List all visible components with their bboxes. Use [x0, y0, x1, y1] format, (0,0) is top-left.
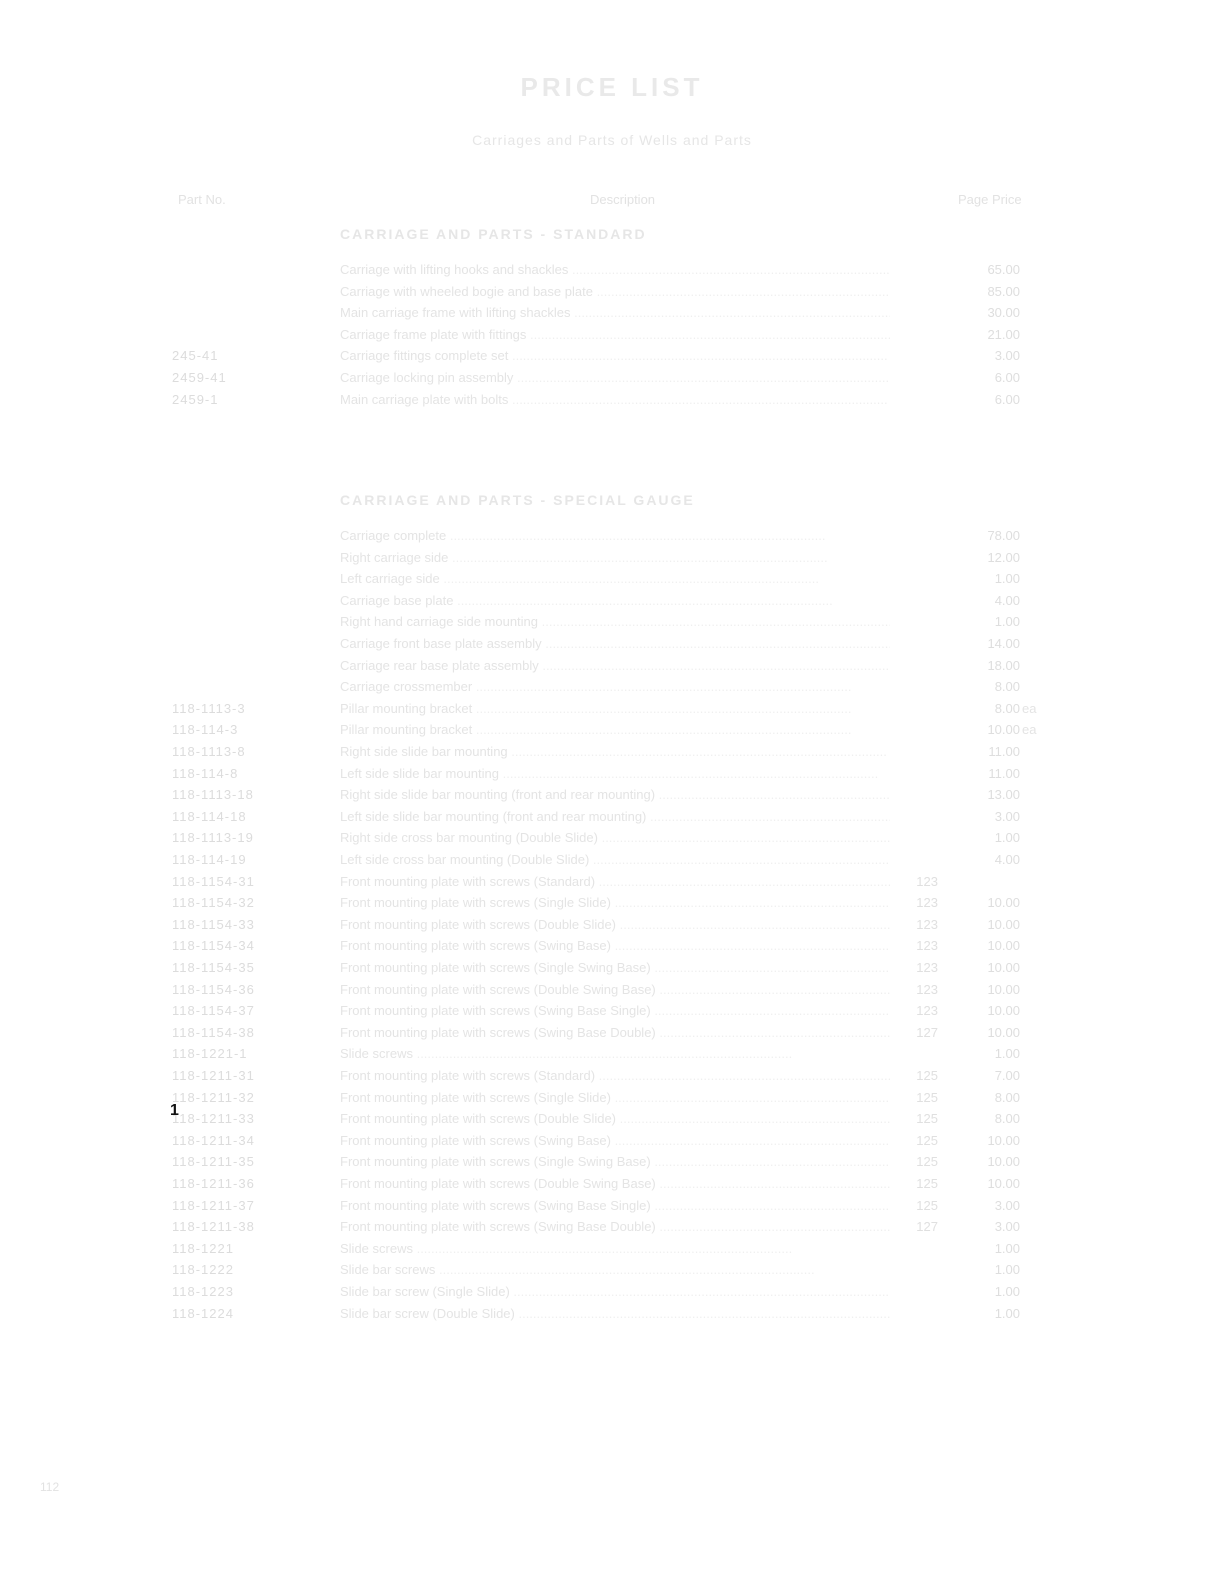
cell-price: 4.00	[950, 852, 1020, 867]
table-row: Carriage frame plate with fittings21.00	[0, 327, 1224, 343]
cell-part: 118-1211-35	[172, 1154, 302, 1169]
cell-description: Main carriage plate with bolts	[340, 392, 890, 407]
cell-price: 8.00	[950, 679, 1020, 694]
cell-part: 118-1154-32	[172, 895, 302, 910]
cell-part: 118-1154-36	[172, 982, 302, 997]
cell-description: Front mounting plate with screws (Single…	[340, 1154, 890, 1169]
cell-description: Right carriage side	[340, 550, 890, 565]
table-row: 118-1154-35Front mounting plate with scr…	[0, 960, 1224, 976]
table-row: 118-1154-36Front mounting plate with scr…	[0, 982, 1224, 998]
cell-description: Front mounting plate with screws (Swing …	[340, 1003, 890, 1018]
table-row: 118-1224Slide bar screw (Double Slide)1.…	[0, 1306, 1224, 1322]
table-row: Right hand carriage side mounting1.00	[0, 614, 1224, 630]
cell-part: 118-1211-38	[172, 1219, 302, 1234]
cell-part: 118-1113-19	[172, 830, 302, 845]
cell-description: Front mounting plate with screws (Swing …	[340, 938, 890, 953]
cell-price: 10.00	[950, 982, 1020, 997]
cell-description: Slide bar screw (Single Slide)	[340, 1284, 890, 1299]
cell-part: 118-1211-34	[172, 1133, 302, 1148]
page-subtitle: Carriages and Parts of Wells and Parts	[0, 132, 1224, 148]
cell-part: 118-1154-35	[172, 960, 302, 975]
cell-price: 1.00	[950, 614, 1020, 629]
table-row: 118-1154-34Front mounting plate with scr…	[0, 938, 1224, 954]
cell-page: 123	[912, 960, 938, 975]
cell-description: Slide screws	[340, 1046, 890, 1061]
cell-price: 10.00	[950, 895, 1020, 910]
cell-price: 10.00	[950, 938, 1020, 953]
table-row: Carriage base plate4.00	[0, 593, 1224, 609]
cell-page: 127	[912, 1025, 938, 1040]
cell-price: 10.00	[950, 1133, 1020, 1148]
cell-description: Pillar mounting bracket	[340, 701, 890, 716]
cell-page: 125	[912, 1090, 938, 1105]
cell-price: 1.00	[950, 1241, 1020, 1256]
table-row: 118-1211-34Front mounting plate with scr…	[0, 1133, 1224, 1149]
cell-part: 118-1223	[172, 1284, 302, 1299]
table-row: 118-114-18Left side slide bar mounting (…	[0, 809, 1224, 825]
cell-description: Carriage fittings complete set	[340, 348, 890, 363]
table-row: 118-1211-35Front mounting plate with scr…	[0, 1154, 1224, 1170]
cell-price: 3.00	[950, 348, 1020, 363]
cell-part: 118-114-19	[172, 852, 302, 867]
page-number: 112	[40, 1480, 59, 1494]
cell-page: 123	[912, 982, 938, 997]
table-row: 118-1211-32Front mounting plate with scr…	[0, 1090, 1224, 1106]
cell-note: ea	[1022, 722, 1052, 737]
cell-description: Front mounting plate with screws (Swing …	[340, 1025, 890, 1040]
cell-part: 118-1221	[172, 1241, 302, 1256]
table-row: 245-41Carriage fittings complete set3.00	[0, 348, 1224, 364]
cell-description: Front mounting plate with screws (Standa…	[340, 1068, 890, 1083]
cell-part: 118-1154-31	[172, 874, 302, 889]
cell-page: 127	[912, 1219, 938, 1234]
cell-price: 3.00	[950, 1219, 1020, 1234]
margin-mark: 1	[170, 1102, 179, 1120]
cell-part: 118-1211-33	[172, 1111, 302, 1126]
cell-part: 245-41	[172, 348, 302, 363]
cell-part: 118-1222	[172, 1262, 302, 1277]
cell-page: 123	[912, 1003, 938, 1018]
table-row: Right carriage side12.00	[0, 550, 1224, 566]
cell-description: Carriage front base plate assembly	[340, 636, 890, 651]
table-row: 118-1154-32Front mounting plate with scr…	[0, 895, 1224, 911]
cell-description: Slide bar screw (Double Slide)	[340, 1306, 890, 1321]
cell-price: 7.00	[950, 1068, 1020, 1083]
table-row: 118-114-8Left side slide bar mounting11.…	[0, 766, 1224, 782]
table-row: 118-1154-33Front mounting plate with scr…	[0, 917, 1224, 933]
cell-description: Left carriage side	[340, 571, 890, 586]
table-row: 118-1113-3Pillar mounting bracket8.00ea	[0, 701, 1224, 717]
cell-price: 10.00	[950, 917, 1020, 932]
cell-page: 123	[912, 874, 938, 889]
table-row: 118-1211-37Front mounting plate with scr…	[0, 1198, 1224, 1214]
cell-description: Front mounting plate with screws (Single…	[340, 960, 890, 975]
cell-page: 125	[912, 1133, 938, 1148]
cell-price: 10.00	[950, 1154, 1020, 1169]
cell-price: 85.00	[950, 284, 1020, 299]
table-row: 118-1211-36Front mounting plate with scr…	[0, 1176, 1224, 1192]
cell-price: 78.00	[950, 528, 1020, 543]
cell-part: 118-1221-1	[172, 1046, 302, 1061]
cell-description: Right hand carriage side mounting	[340, 614, 890, 629]
cell-price: 10.00	[950, 960, 1020, 975]
cell-price: 1.00	[950, 571, 1020, 586]
cell-page: 125	[912, 1068, 938, 1083]
cell-price: 30.00	[950, 305, 1020, 320]
cell-part: 118-1211-31	[172, 1068, 302, 1083]
cell-part: 118-1113-3	[172, 701, 302, 716]
cell-description: Carriage crossmember	[340, 679, 890, 694]
table-row: 2459-41Carriage locking pin assembly6.00	[0, 370, 1224, 386]
page-title: PRICE LIST	[0, 72, 1224, 103]
cell-description: Front mounting plate with screws (Double…	[340, 917, 890, 932]
cell-part: 118-1224	[172, 1306, 302, 1321]
table-row: Carriage with lifting hooks and shackles…	[0, 262, 1224, 278]
column-header-part: Part No.	[178, 192, 226, 207]
table-row: Left carriage side1.00	[0, 571, 1224, 587]
cell-price: 1.00	[950, 830, 1020, 845]
column-header-page: Page	[958, 192, 988, 207]
cell-part: 118-1113-18	[172, 787, 302, 802]
cell-description: Carriage complete	[340, 528, 890, 543]
table-row: 118-1221-1Slide screws1.00	[0, 1046, 1224, 1062]
cell-description: Front mounting plate with screws (Single…	[340, 1090, 890, 1105]
cell-price: 65.00	[950, 262, 1020, 277]
cell-part: 118-1211-36	[172, 1176, 302, 1191]
cell-description: Slide bar screws	[340, 1262, 890, 1277]
cell-description: Left side slide bar mounting (front and …	[340, 809, 890, 824]
cell-part: 118-1211-37	[172, 1198, 302, 1213]
cell-price: 13.00	[950, 787, 1020, 802]
cell-description: Front mounting plate with screws (Swing …	[340, 1133, 890, 1148]
cell-description: Front mounting plate with screws (Double…	[340, 1111, 890, 1126]
cell-description: Carriage frame plate with fittings	[340, 327, 890, 342]
table-row: Carriage front base plate assembly14.00	[0, 636, 1224, 652]
table-row: 2459-1Main carriage plate with bolts6.00	[0, 392, 1224, 408]
cell-part: 118-114-18	[172, 809, 302, 824]
cell-description: Pillar mounting bracket	[340, 722, 890, 737]
cell-price: 1.00	[950, 1306, 1020, 1321]
cell-page: 125	[912, 1198, 938, 1213]
section-title: CARRIAGE AND PARTS - STANDARD	[340, 226, 647, 242]
cell-price: 21.00	[950, 327, 1020, 342]
table-row: 118-1154-37Front mounting plate with scr…	[0, 1003, 1224, 1019]
cell-description: Carriage base plate	[340, 593, 890, 608]
cell-price: 3.00	[950, 809, 1020, 824]
cell-description: Right side slide bar mounting	[340, 744, 890, 759]
table-row: Carriage with wheeled bogie and base pla…	[0, 284, 1224, 300]
table-row: 118-1223Slide bar screw (Single Slide)1.…	[0, 1284, 1224, 1300]
table-row: 118-1154-31Front mounting plate with scr…	[0, 874, 1224, 890]
cell-description: Front mounting plate with screws (Standa…	[340, 874, 890, 889]
cell-part: 118-1211-32	[172, 1090, 302, 1105]
cell-price: 14.00	[950, 636, 1020, 651]
cell-price: 10.00	[950, 722, 1020, 737]
cell-description: Left side slide bar mounting	[340, 766, 890, 781]
cell-price: 8.00	[950, 1111, 1020, 1126]
cell-price: 1.00	[950, 1046, 1020, 1061]
table-row: 118-1211-38Front mounting plate with scr…	[0, 1219, 1224, 1235]
cell-price: 8.00	[950, 1090, 1020, 1105]
cell-description: Carriage locking pin assembly	[340, 370, 890, 385]
column-header-price: Price	[992, 192, 1022, 207]
cell-part: 118-1154-38	[172, 1025, 302, 1040]
table-row: 118-1113-18Right side slide bar mounting…	[0, 787, 1224, 803]
table-row: Carriage crossmember8.00	[0, 679, 1224, 695]
table-row: 118-114-19Left side cross bar mounting (…	[0, 852, 1224, 868]
cell-part: 2459-1	[172, 392, 302, 407]
cell-part: 118-1154-34	[172, 938, 302, 953]
cell-part: 118-114-8	[172, 766, 302, 781]
cell-part: 118-114-3	[172, 722, 302, 737]
cell-price: 6.00	[950, 392, 1020, 407]
cell-description: Carriage rear base plate assembly	[340, 658, 890, 673]
cell-price: 18.00	[950, 658, 1020, 673]
table-row: 118-1113-8Right side slide bar mounting1…	[0, 744, 1224, 760]
cell-price: 1.00	[950, 1284, 1020, 1299]
cell-price: 1.00	[950, 1262, 1020, 1277]
cell-price: 6.00	[950, 370, 1020, 385]
cell-description: Carriage with lifting hooks and shackles	[340, 262, 890, 277]
cell-page: 123	[912, 917, 938, 932]
table-row: Carriage rear base plate assembly18.00	[0, 658, 1224, 674]
cell-description: Right side slide bar mounting (front and…	[340, 787, 890, 802]
cell-part: 118-1154-37	[172, 1003, 302, 1018]
cell-page: 125	[912, 1154, 938, 1169]
cell-price: 11.00	[950, 766, 1020, 781]
column-header-description: Description	[590, 192, 655, 207]
cell-price: 10.00	[950, 1003, 1020, 1018]
cell-part: 118-1154-33	[172, 917, 302, 932]
cell-page: 125	[912, 1176, 938, 1191]
cell-note: ea	[1022, 701, 1052, 716]
cell-description: Right side cross bar mounting (Double Sl…	[340, 830, 890, 845]
cell-description: Front mounting plate with screws (Double…	[340, 1176, 890, 1191]
table-row: 118-1113-19Right side cross bar mounting…	[0, 830, 1224, 846]
cell-page: 125	[912, 1111, 938, 1126]
cell-description: Carriage with wheeled bogie and base pla…	[340, 284, 890, 299]
cell-price: 3.00	[950, 1198, 1020, 1213]
cell-part: 118-1113-8	[172, 744, 302, 759]
cell-price: 10.00	[950, 1176, 1020, 1191]
table-row: 118-1211-33Front mounting plate with scr…	[0, 1111, 1224, 1127]
table-row: 118-1154-38Front mounting plate with scr…	[0, 1025, 1224, 1041]
cell-description: Front mounting plate with screws (Swing …	[340, 1219, 890, 1234]
cell-description: Front mounting plate with screws (Single…	[340, 895, 890, 910]
cell-description: Front mounting plate with screws (Double…	[340, 982, 890, 997]
cell-description: Left side cross bar mounting (Double Sli…	[340, 852, 890, 867]
cell-price: 10.00	[950, 1025, 1020, 1040]
table-row: 118-114-3Pillar mounting bracket10.00ea	[0, 722, 1224, 738]
table-row: 118-1222Slide bar screws1.00	[0, 1262, 1224, 1278]
cell-price: 4.00	[950, 593, 1020, 608]
cell-price: 11.00	[950, 744, 1020, 759]
cell-price: 8.00	[950, 701, 1020, 716]
cell-page: 123	[912, 895, 938, 910]
cell-part: 2459-41	[172, 370, 302, 385]
cell-description: Slide screws	[340, 1241, 890, 1256]
cell-page: 123	[912, 938, 938, 953]
table-row: 118-1221Slide screws1.00	[0, 1241, 1224, 1257]
cell-description: Front mounting plate with screws (Swing …	[340, 1198, 890, 1213]
table-row: Main carriage frame with lifting shackle…	[0, 305, 1224, 321]
section-title: CARRIAGE AND PARTS - SPECIAL GAUGE	[340, 492, 695, 508]
table-row: 118-1211-31Front mounting plate with scr…	[0, 1068, 1224, 1084]
table-row: Carriage complete78.00	[0, 528, 1224, 544]
cell-price: 12.00	[950, 550, 1020, 565]
cell-description: Main carriage frame with lifting shackle…	[340, 305, 890, 320]
